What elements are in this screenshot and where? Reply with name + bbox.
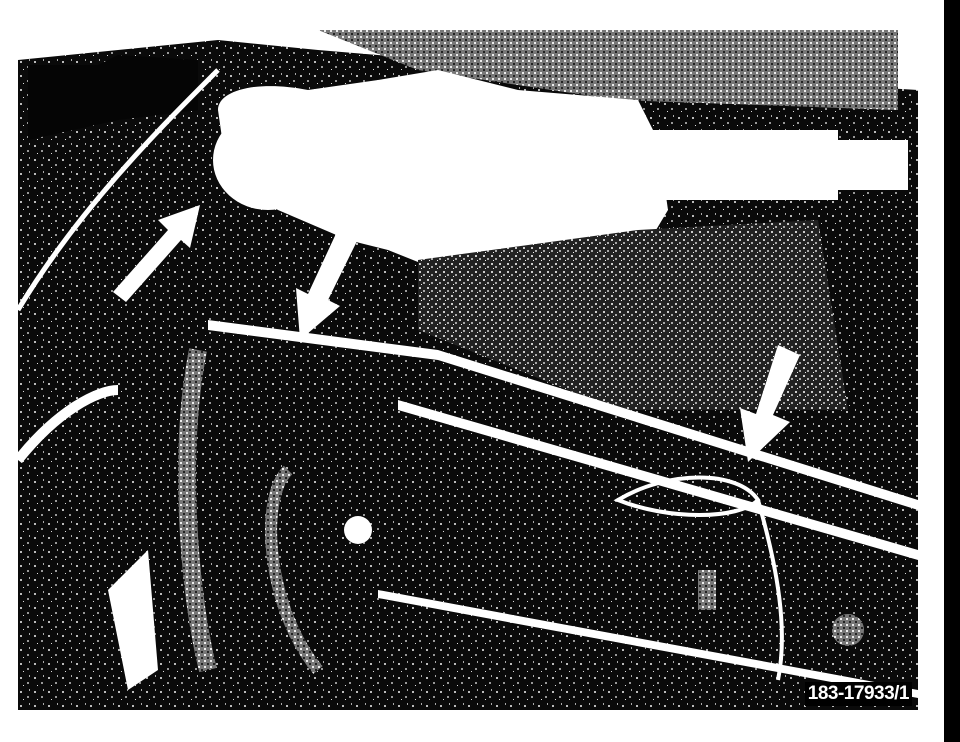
photo-artwork: [18, 30, 918, 710]
figure-reference-number: 183-17933/1: [805, 682, 912, 706]
scan-edge-bar: [944, 0, 960, 742]
service-manual-photo: 183-17933/1: [18, 30, 918, 710]
